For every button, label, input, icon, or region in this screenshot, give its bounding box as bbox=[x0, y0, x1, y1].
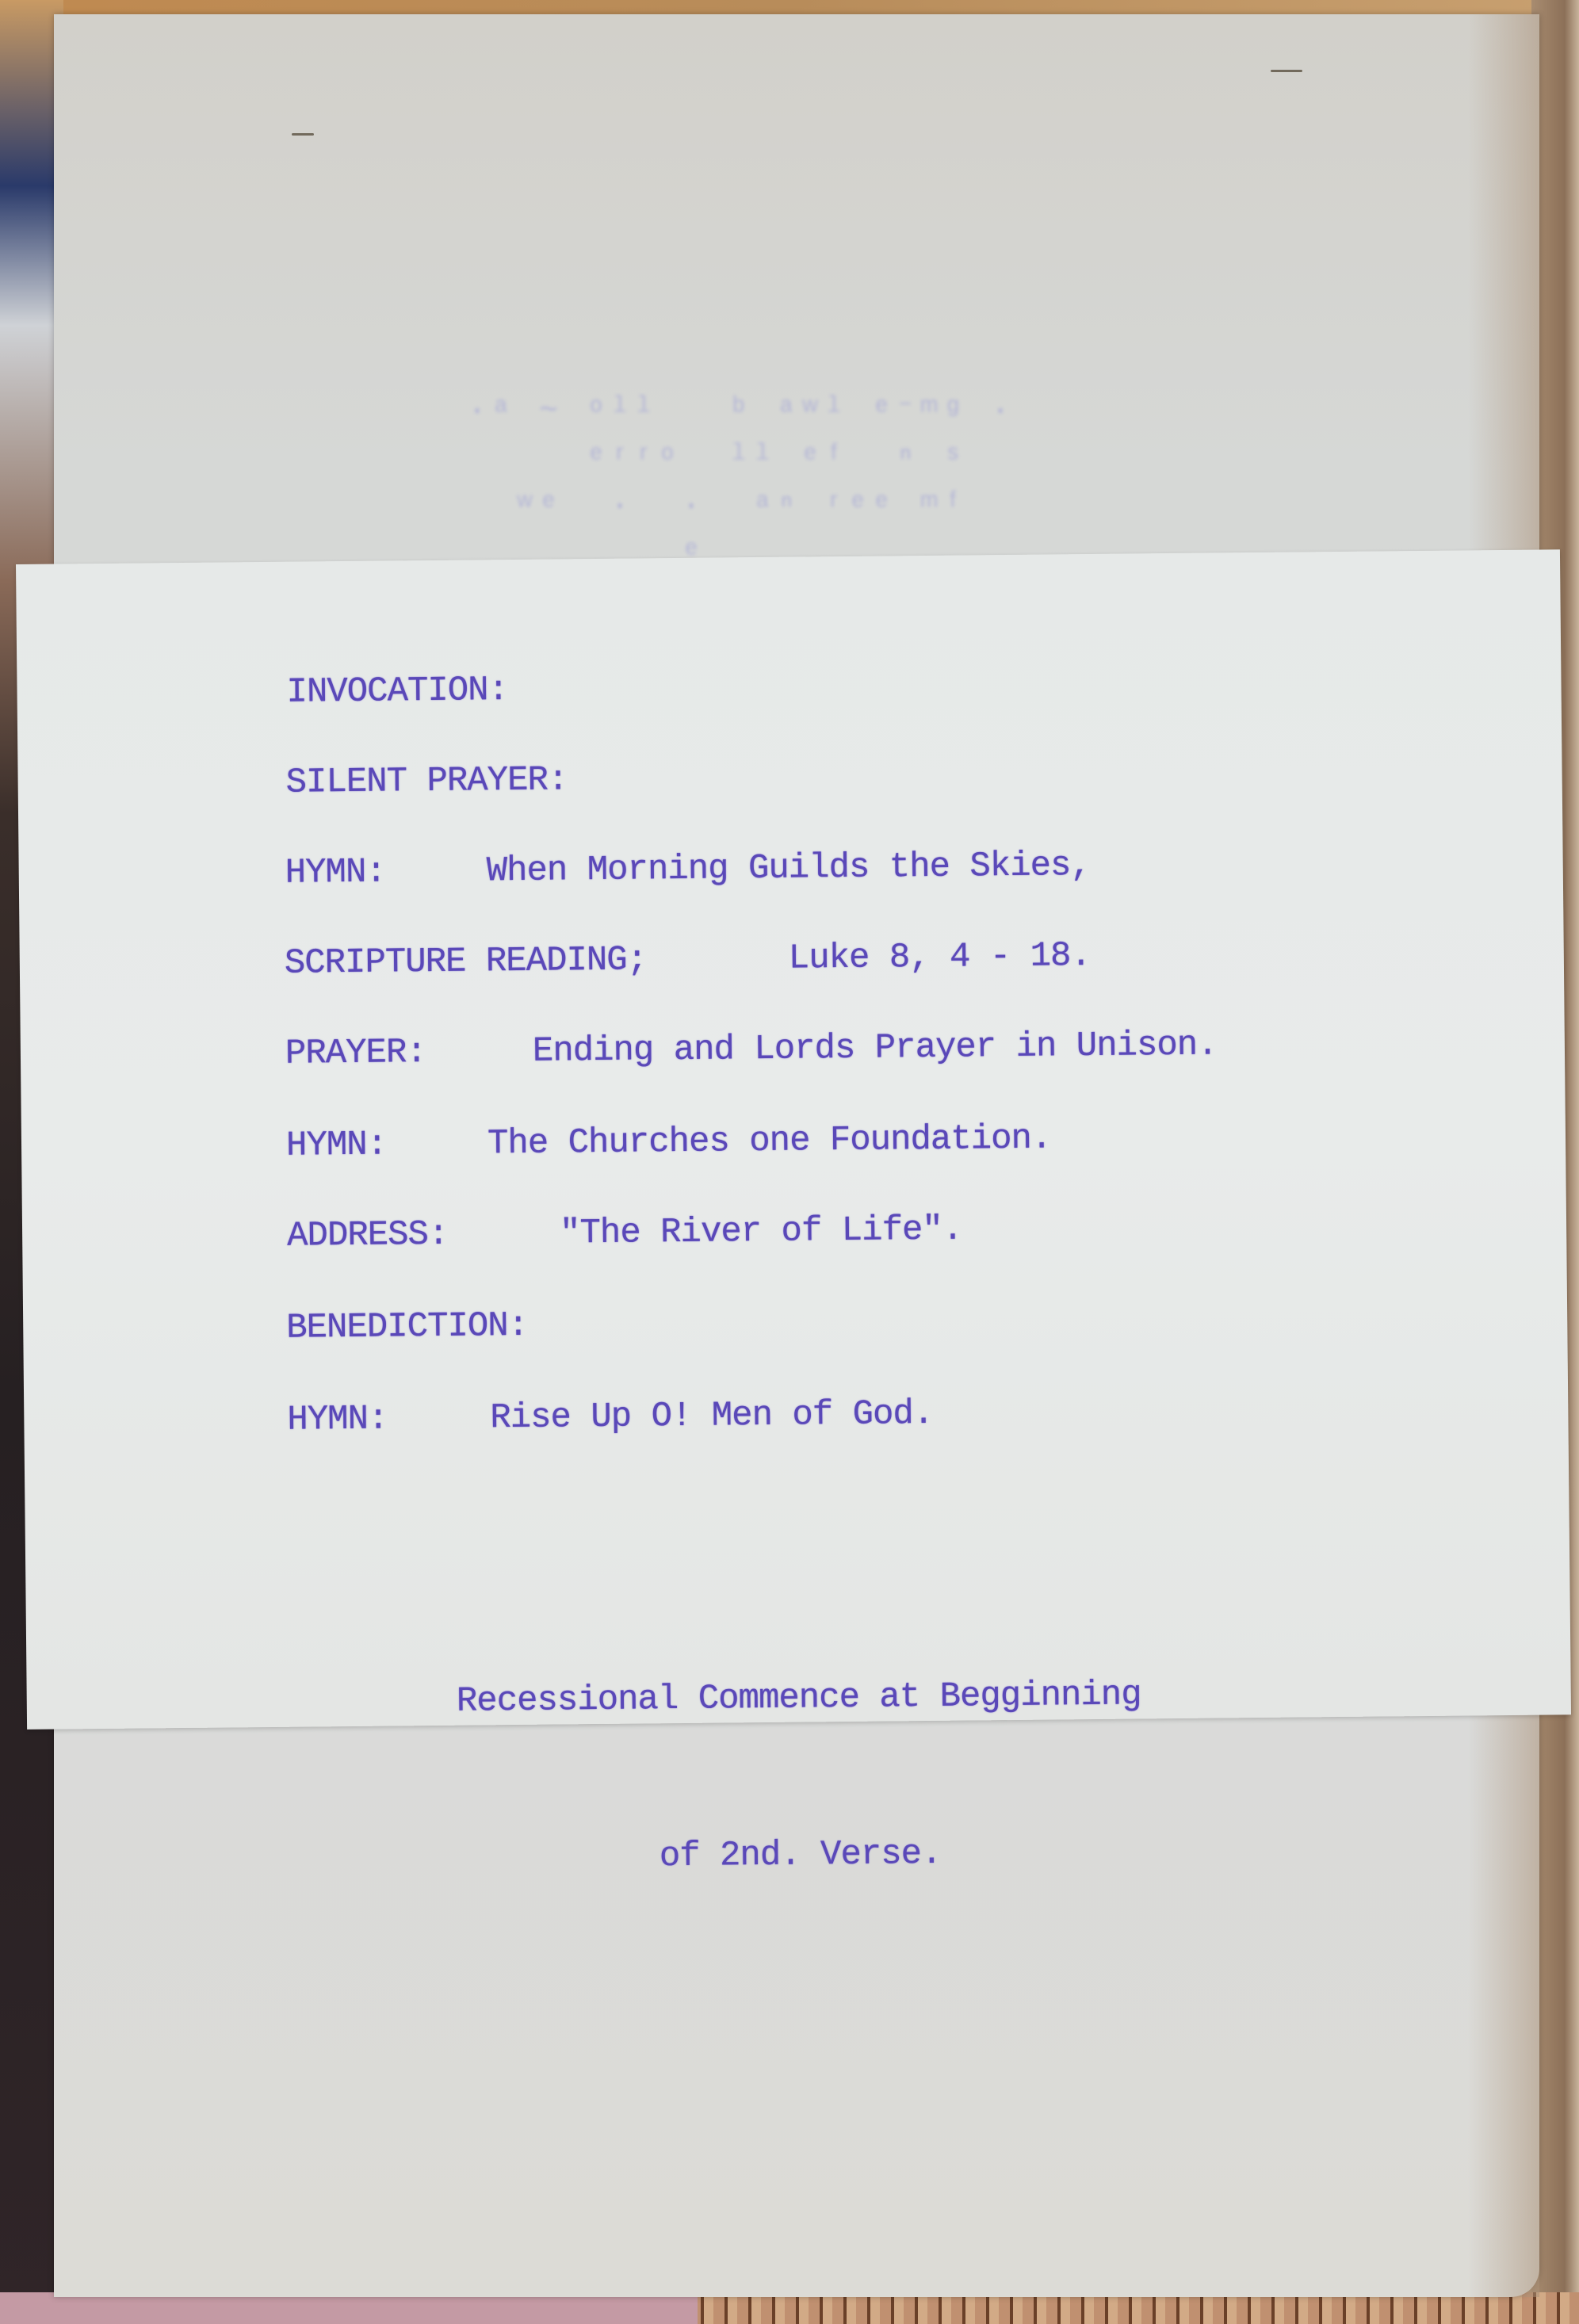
item-label: PRAYER: bbox=[285, 1033, 426, 1074]
hymn-title: When Morning Guilds the Skies, bbox=[487, 846, 1092, 891]
hymn-title: Rise Up O! Men of God. bbox=[490, 1394, 933, 1438]
recessional-note: Recessional Commence at Begginning of 2n… bbox=[25, 1560, 1573, 1993]
item-label: SCRIPTURE READING; bbox=[285, 940, 648, 983]
service-item-hymn-1: HYMN: When Morning Guilds the Skies, bbox=[285, 853, 387, 893]
item-label: SILENT PRAYER: bbox=[285, 760, 568, 802]
service-item-prayer: PRAYER: Ending and Lords Prayer in Uniso… bbox=[285, 1033, 426, 1074]
recessional-note-line-2: of 2nd. Verse. bbox=[28, 1821, 1573, 1889]
order-of-service-sheet: INVOCATION: SILENT PRAYER: HYMN: When Mo… bbox=[16, 549, 1571, 1730]
paper-mark bbox=[1271, 70, 1302, 72]
service-item-invocation: INVOCATION: bbox=[286, 671, 508, 713]
paper-mark bbox=[292, 133, 314, 136]
item-label: HYMN: bbox=[286, 1126, 388, 1166]
background-cloth bbox=[0, 2292, 698, 2324]
item-label: HYMN: bbox=[287, 1400, 388, 1440]
hymn-title: The Churches one Foundation. bbox=[487, 1118, 1052, 1164]
service-item-hymn-2: HYMN: The Churches one Foundation. bbox=[286, 1126, 388, 1166]
item-label: ADDRESS: bbox=[287, 1215, 449, 1256]
prayer-description: Ending and Lords Prayer in Unison. bbox=[533, 1025, 1218, 1071]
service-item-silent-prayer: SILENT PRAYER: bbox=[285, 760, 568, 802]
scripture-reference: Luke 8, 4 - 18. bbox=[789, 936, 1092, 979]
service-item-address: ADDRESS: "The River of Life". bbox=[287, 1215, 449, 1256]
item-label: HYMN: bbox=[285, 853, 387, 893]
recessional-note-line-1: Recessional Commence at Begginning bbox=[27, 1665, 1572, 1732]
table-surface-top bbox=[0, 0, 1579, 16]
item-label: INVOCATION: bbox=[286, 671, 508, 713]
service-item-hymn-3: HYMN: Rise Up O! Men of God. bbox=[287, 1400, 388, 1440]
address-title: "The River of Life". bbox=[560, 1210, 963, 1254]
service-item-benediction: BENEDICTION: bbox=[286, 1306, 528, 1348]
item-label: BENEDICTION: bbox=[286, 1306, 528, 1348]
service-item-scripture-reading: SCRIPTURE READING; Luke 8, 4 - 18. bbox=[285, 940, 648, 983]
